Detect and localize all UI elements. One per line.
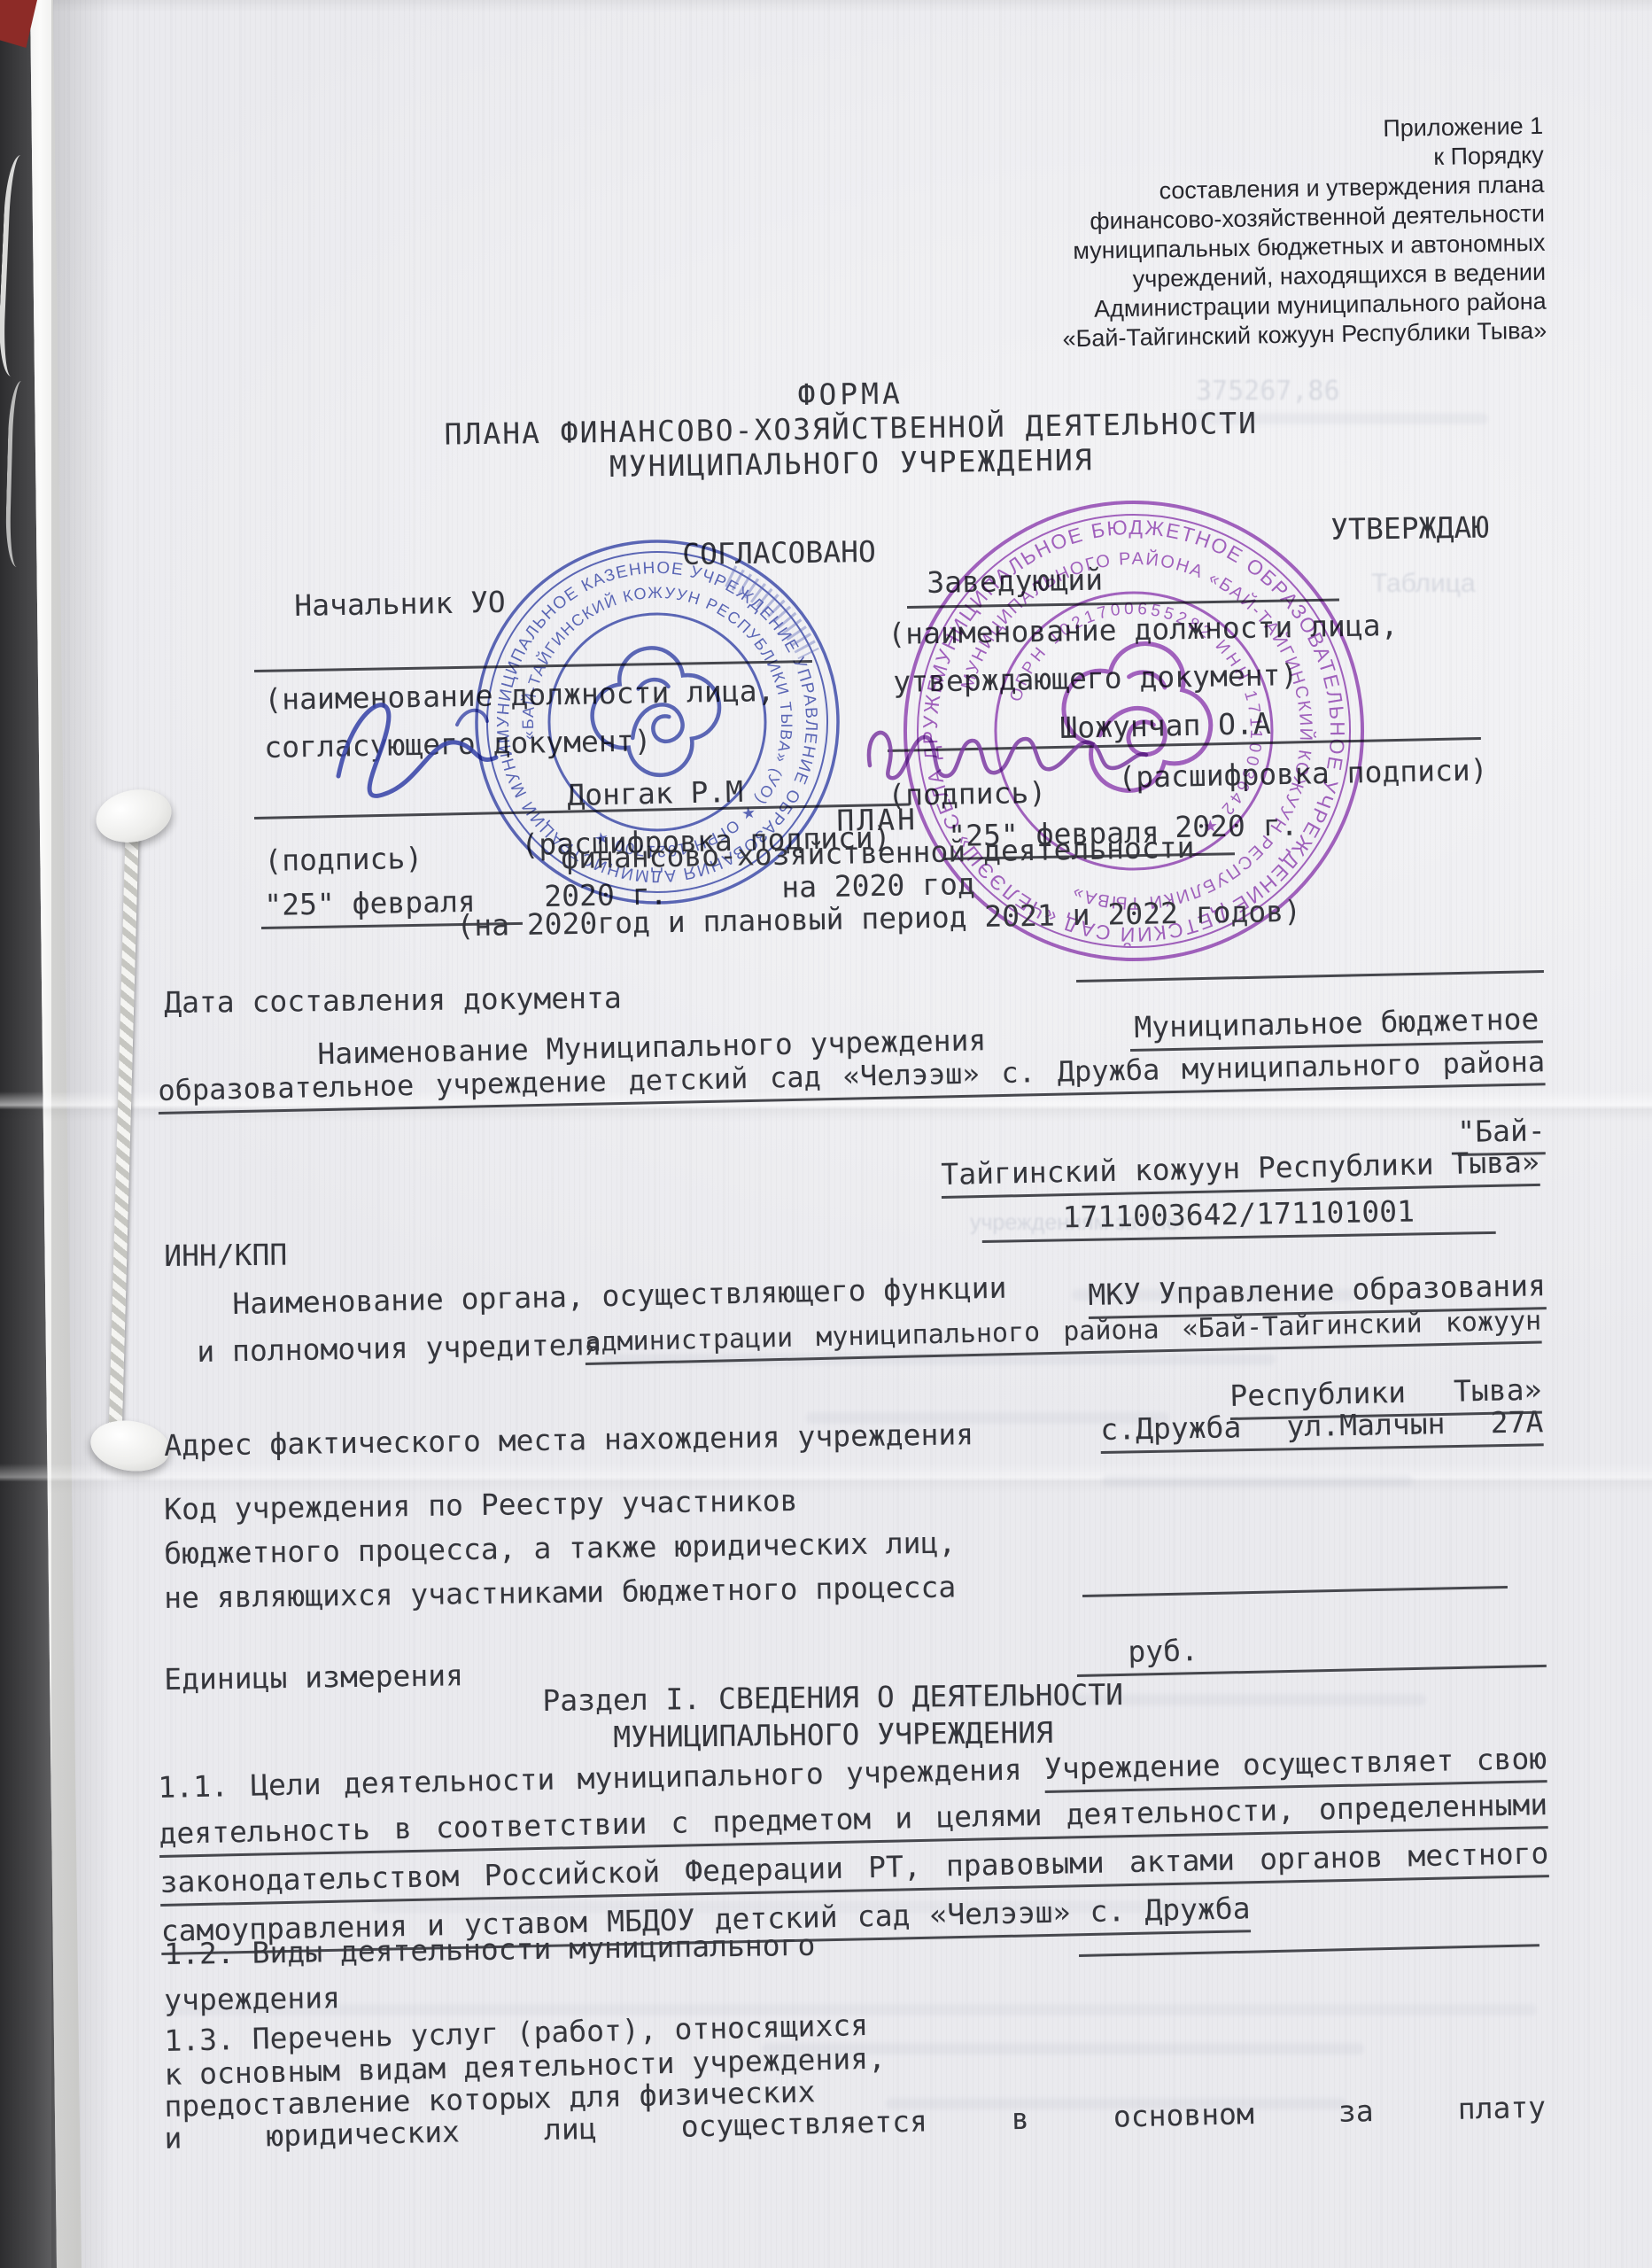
- lace-knot-bottom: [87, 1415, 174, 1476]
- units-value: руб.: [1076, 1626, 1547, 1677]
- scanned-document-page: 375267,86 Таблица учреждениям за счет Пр…: [0, 0, 1652, 2268]
- registry-label1: Код учреждения по Реестру участников: [164, 1483, 798, 1526]
- approved-header: УТВЕРЖДАЮ: [1330, 510, 1489, 547]
- lace-cord: [108, 820, 139, 1446]
- p12-blank-line: [1079, 1944, 1540, 1957]
- p12-line2: учреждения: [164, 1980, 340, 2017]
- address-value: с.Дружба ул.Малчын 27А: [1100, 1404, 1544, 1454]
- org-name-value4: Тайгинский кожуун Республики Тыва»: [941, 1145, 1540, 1199]
- section1-title: Раздел I. СВЕДЕНИЯ О ДЕЯТЕЛЬНОСТИ МУНИЦИ…: [283, 1674, 1383, 1759]
- form-title: ФОРМА ПЛАНА ФИНАНСОВО-ХОЗЯЙСТВЕННОЙ ДЕЯТ…: [292, 369, 1410, 488]
- address-label: Адрес фактического места нахождения учре…: [164, 1417, 973, 1463]
- org-name-value1: Муниципальное бюджетное: [1134, 1001, 1540, 1045]
- inn-value: 1711003642/171101001: [981, 1192, 1496, 1243]
- appendix-header: Приложение 1 к Порядку составления и утв…: [824, 112, 1547, 358]
- binder-lace: [96, 790, 193, 1490]
- registry-label3: не являющихся участниками бюджетного про…: [164, 1570, 957, 1615]
- lace-knot-top: [91, 783, 176, 850]
- p11-intro: 1.1. Цели деятельности муниципального уч…: [158, 1752, 1022, 1805]
- founder-label2: и полномочия учредителя: [197, 1327, 602, 1369]
- founder-label1: Наименование органа, осуществляющего фун…: [232, 1270, 1007, 1321]
- date-label: Дата составления документа: [164, 981, 622, 1020]
- mbdou-stamp-emblem: [1047, 627, 1228, 808]
- registry-blank-line: [1082, 1586, 1508, 1597]
- inn-label: ИНН/КПП: [164, 1238, 287, 1273]
- registry-label2: бюджетного процесса, а также юридических…: [164, 1526, 957, 1571]
- paragraph-1-1: 1.1. Цели деятельности муниципального уч…: [158, 1741, 1550, 1955]
- bleed-bar: [1103, 1475, 1413, 1487]
- plan-title: ПЛАН финансово-хозяйственной деятельност…: [319, 794, 1437, 944]
- uo-stamp-emblem: [584, 640, 728, 784]
